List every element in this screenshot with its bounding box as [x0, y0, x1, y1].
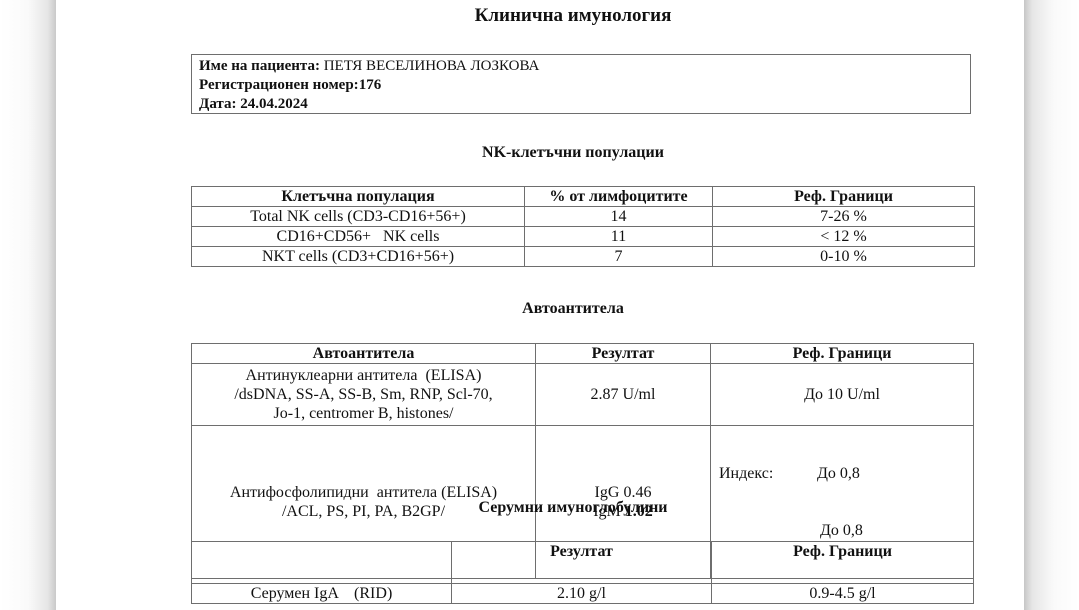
registration-label: Регистрационен номер:	[199, 77, 359, 93]
table-row: Серумен IgA (RID) 2.10 g/l 0.9-4.5 g/l	[192, 584, 974, 604]
patient-info-box: Име на пациента: ПЕТЯ ВЕСЕЛИНОВА ЛОЗКОВА…	[191, 54, 971, 114]
document-title: Клинична имунология	[56, 5, 1079, 27]
date-value: 24.04.2024	[240, 96, 308, 112]
result-cell: 2.10 g/l	[452, 584, 712, 604]
ref-igg-line: Индекс:До 0,8	[719, 464, 969, 483]
patient-name-value: ПЕТЯ ВЕСЕЛИНОВА ЛОЗКОВА	[324, 58, 540, 74]
header-cell-result: Резултат	[536, 344, 711, 364]
header-cell-percent: % от лимфоцитите	[525, 187, 713, 207]
table-row: Антинуклеарни антитела (ELISA) /dsDNA, S…	[192, 364, 974, 426]
document-page: Клинична имунология Име на пациента: ПЕТ…	[56, 0, 1024, 610]
viewer-background-left	[0, 0, 56, 610]
population-cell: Total NK cells (CD3-CD16+56+)	[192, 207, 525, 227]
table-header-row: Автоантитела Резултат Реф. Граници	[192, 344, 974, 364]
table-row: Total NK cells (CD3-CD16+56+) 14 7-26 %	[192, 207, 975, 227]
date-line: Дата: 24.04.2024	[199, 95, 970, 114]
ref-cell: < 12 %	[713, 227, 975, 247]
registration-line: Регистрационен номер:176	[199, 76, 970, 95]
ref-igg: До 0,8	[817, 465, 860, 482]
nk-populations-table: Клетъчна популация % от лимфоцитите Реф.…	[191, 186, 975, 267]
ref-cell: 7-26 %	[713, 207, 975, 227]
percent-cell: 14	[525, 207, 713, 227]
table-row: NKT cells (CD3+CD16+56+) 7 0-10 %	[192, 247, 975, 267]
antibody-name-line: Jo-1, centromer B, histones/	[196, 404, 531, 423]
population-cell: NKT cells (CD3+CD16+56+)	[192, 247, 525, 267]
registration-value: 176	[359, 77, 382, 93]
date-label: Дата:	[199, 96, 236, 112]
percent-cell: 7	[525, 247, 713, 267]
header-cell-ref: Реф. Граници	[713, 187, 975, 207]
index-label: Индекс:	[719, 464, 817, 483]
antibody-name-line: Антинуклеарни антитела (ELISA)	[196, 366, 531, 385]
immunoglobulins-table: Резултат Реф. Граници Серумен IgA (RID) …	[191, 541, 974, 604]
header-cell-result: Резултат	[452, 542, 712, 584]
patient-name-label: Име на пациента:	[199, 58, 320, 74]
population-cell: CD16+CD56+ NK cells	[192, 227, 525, 247]
immunoglobulin-name-cell: Серумен IgA (RID)	[192, 584, 452, 604]
ref-cell: 0-10 %	[713, 247, 975, 267]
header-cell-empty	[192, 542, 452, 584]
table-row: CD16+CD56+ NK cells 11 < 12 %	[192, 227, 975, 247]
ref-cell: До 10 U/ml	[711, 364, 974, 426]
antibody-name-line: /dsDNA, SS-A, SS-B, Sm, RNP, Scl-70,	[196, 385, 531, 404]
table-header-row: Клетъчна популация % от лимфоцитите Реф.…	[192, 187, 975, 207]
patient-name-line: Име на пациента: ПЕТЯ ВЕСЕЛИНОВА ЛОЗКОВА	[199, 57, 970, 76]
table-header-row: Резултат Реф. Граници	[192, 542, 974, 584]
header-cell-autoantibodies: Автоантитела	[192, 344, 536, 364]
header-cell-population: Клетъчна популация	[192, 187, 525, 207]
result-cell: 2.87 U/ml	[536, 364, 711, 426]
percent-cell: 11	[525, 227, 713, 247]
ref-igm: До 0,8	[719, 521, 969, 540]
immunoglobulins-section-title: Серумни имуноглобулини	[56, 499, 1079, 517]
antibody-name-cell: Антинуклеарни антитела (ELISA) /dsDNA, S…	[192, 364, 536, 426]
header-cell-ref: Реф. Граници	[712, 542, 974, 584]
autoantibodies-section-title: Автоантитела	[56, 300, 1079, 318]
ref-cell: 0.9-4.5 g/l	[712, 584, 974, 604]
header-cell-ref: Реф. Граници	[711, 344, 974, 364]
nk-section-title: NK-клетъчни популации	[56, 144, 1079, 162]
